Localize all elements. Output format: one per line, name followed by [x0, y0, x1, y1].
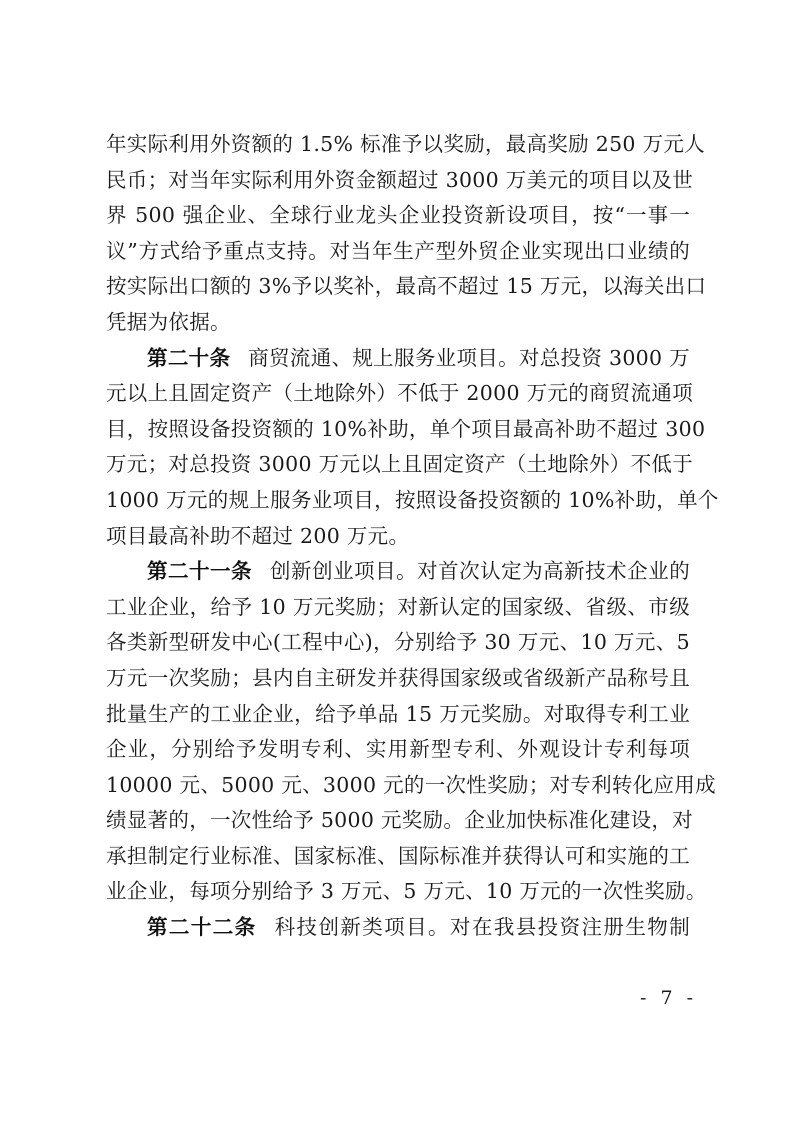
text-line: 批量生产的工业企业，给予单品 15 万元奖励。对取得专利工业: [106, 697, 690, 733]
article-20-first-line: 第二十条商贸流通、规上服务业项目。对总投资 3000 万: [106, 341, 690, 377]
page-number: - 7 -: [640, 987, 697, 1009]
text-line: 企业，分别给予发明专利、实用新型专利、外观设计专利每项: [106, 732, 690, 768]
text-line: 各类新型研发中心(工程中心)，分别给予 30 万元、10 万元、5: [106, 625, 690, 661]
article-heading: 第二十一条: [147, 559, 252, 583]
text-line: 创新创业项目。对首次认定为高新技术企业的: [270, 559, 690, 583]
text-line: 科技创新类项目。对在我县投资注册生物制: [275, 915, 690, 939]
article-21-first-line: 第二十一条创新创业项目。对首次认定为高新技术企业的: [106, 554, 690, 590]
text-line: 目，按照设备投资额的 10%补助，单个项目最高补助不超过 300: [106, 412, 690, 448]
text-line: 万元；对总投资 3000 万元以上且固定资产（土地除外）不低于: [106, 447, 690, 483]
text-line: 年实际利用外资额的 1.5% 标准予以奖励，最高奖励 250 万元人: [106, 127, 690, 163]
text-line: 业企业，每项分别给予 3 万元、5 万元、10 万元的一次性奖励。: [106, 874, 690, 910]
article-heading: 第二十二条: [147, 915, 257, 939]
text-line: 凭据为依据。: [106, 305, 690, 341]
text-line: 商贸流通、规上服务业项目。对总投资 3000 万: [248, 346, 690, 370]
document-body: 年实际利用外资额的 1.5% 标准予以奖励，最高奖励 250 万元人 民币；对当…: [106, 127, 690, 946]
document-page: 年实际利用外资额的 1.5% 标准予以奖励，最高奖励 250 万元人 民币；对当…: [0, 0, 793, 1122]
text-line: 1000 万元的规上服务业项目，按照设备投资额的 10%补助，单个: [106, 483, 690, 519]
text-line: 工业企业，给予 10 万元奖励；对新认定的国家级、省级、市级: [106, 590, 690, 626]
text-line: 民币；对当年实际利用外资金额超过 3000 万美元的项目以及世: [106, 163, 690, 199]
article-22-first-line: 第二十二条科技创新类项目。对在我县投资注册生物制: [106, 910, 690, 946]
text-line: 界 500 强企业、全球行业龙头企业投资新设项目，按“一事一: [106, 198, 690, 234]
text-line: 承担制定行业标准、国家标准、国际标准并获得认可和实施的工: [106, 839, 690, 875]
text-line: 10000 元、5000 元、3000 元的一次性奖励；对专利转化应用成: [106, 768, 690, 804]
article-heading: 第二十条: [147, 346, 230, 370]
text-line: 议”方式给予重点支持。对当年生产型外贸企业实现出口业绩的: [106, 234, 690, 270]
text-line: 按实际出口额的 3%予以奖补，最高不超过 15 万元，以海关出口: [106, 269, 690, 305]
text-line: 项目最高补助不超过 200 万元。: [106, 519, 690, 555]
text-line: 元以上且固定资产（土地除外）不低于 2000 万元的商贸流通项: [106, 376, 690, 412]
text-line: 万元一次奖励；县内自主研发并获得国家级或省级新产品称号且: [106, 661, 690, 697]
text-line: 绩显著的，一次性给予 5000 元奖励。企业加快标准化建设，对: [106, 803, 690, 839]
